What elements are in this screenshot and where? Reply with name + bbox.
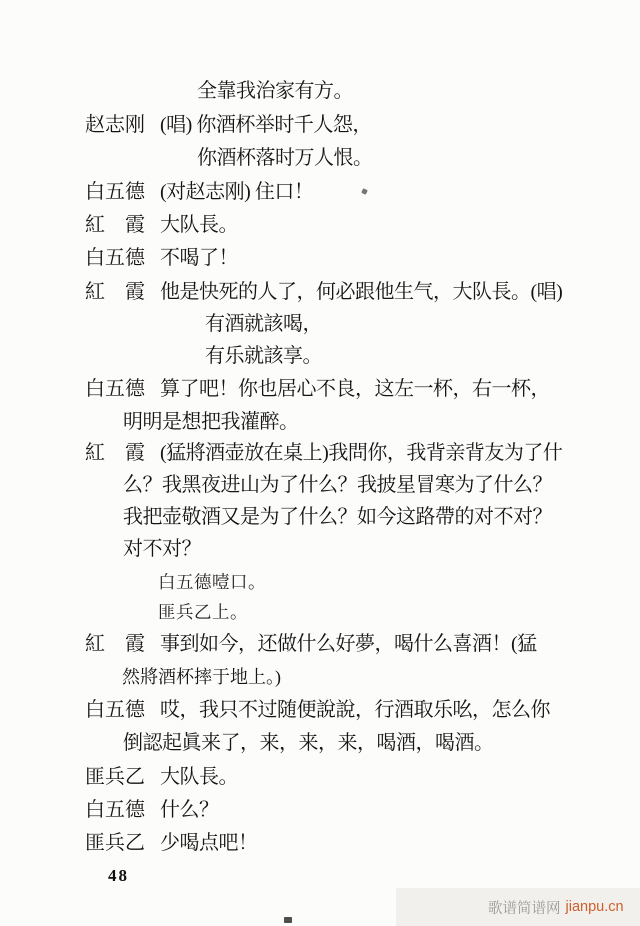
stage-direction-continuation: 然將酒杯摔于地上。)	[122, 666, 281, 689]
ink-speck	[361, 188, 368, 195]
speaker-name: 紅 霞	[85, 633, 145, 656]
script-line-verse: 有乐就該享。	[205, 345, 322, 368]
scanned-script-page: 全靠我治家有方。 赵志刚 (唱) 你酒杯举时千人怨， 你酒杯落时万人恨。 白五德…	[0, 0, 640, 926]
script-line-continuation: 对不对？	[123, 538, 201, 561]
script-line-verse: 全靠我治家有方。	[197, 80, 353, 103]
script-line: 白五德 哎，我只不过随便說說，行酒取乐吆，怎么你	[160, 699, 550, 722]
script-line-verse: 你酒杯落时万人恨。	[197, 147, 373, 170]
stage-direction: 白五德噎口。	[158, 571, 266, 594]
speaker-name: 白五德	[85, 378, 145, 401]
dialogue-text: 他是快死的人了，何必跟他生气，大队長。(唱)	[160, 281, 562, 303]
watermark: 歌谱简谱网 jianpu.cn	[396, 888, 640, 926]
script-line: 紅 霞 事到如今，还做什么好夢，喝什么喜酒！(猛	[160, 633, 537, 656]
speaker-name: 白五德	[85, 799, 145, 822]
dialogue-text: 大队長。	[160, 766, 238, 788]
dialogue-text: 哎，我只不过随便說說，行酒取乐吆，怎么你	[160, 699, 550, 721]
ink-speck	[284, 917, 292, 923]
script-line: 白五德 (对赵志刚) 住口！	[160, 181, 313, 204]
dialogue-text: 不喝了！	[160, 247, 238, 269]
watermark-site-url: jianpu.cn	[566, 899, 624, 915]
dialogue-text: (唱) 你酒杯举时千人怨，	[160, 114, 372, 136]
speaker-name: 紅 霞	[85, 442, 145, 465]
script-line: 白五德 什么？	[160, 799, 219, 822]
speaker-name: 匪兵乙	[85, 832, 145, 855]
speaker-name: 匪兵乙	[85, 766, 145, 789]
stage-direction: 匪兵乙上。	[158, 601, 248, 624]
page-number: 48	[108, 866, 129, 886]
speaker-name: 紅 霞	[85, 281, 145, 304]
script-line: 紅 霞 大队長。	[160, 214, 238, 237]
dialogue-text: 事到如今，还做什么好夢，喝什么喜酒！(猛	[160, 633, 537, 655]
watermark-site-name: 歌谱简谱网	[488, 897, 561, 918]
speaker-name: 赵志刚	[85, 114, 145, 137]
script-line: 紅 霞 (猛將酒壶放在桌上)我問你，我背亲背友为了什	[160, 442, 562, 465]
dialogue-text: (对赵志刚) 住口！	[160, 181, 313, 203]
script-line: 白五德 不喝了！	[160, 247, 238, 270]
speaker-name: 紅 霞	[85, 214, 145, 237]
script-line-verse: 有酒就該喝，	[205, 313, 322, 336]
script-line: 匪兵乙 少喝点吧！	[160, 832, 258, 855]
script-line-continuation: 么？我黑夜进山为了什么？我披星冒寒为了什么？	[123, 474, 552, 497]
dialogue-text: 什么？	[160, 799, 219, 821]
script-line-continuation: 明明是想把我灌醉。	[123, 411, 299, 434]
script-line-continuation: 我把壶敬酒又是为了什么？如今这路帶的对不对？	[123, 506, 552, 529]
speaker-name: 白五德	[85, 247, 145, 270]
dialogue-text: (猛將酒壶放在桌上)我問你，我背亲背友为了什	[160, 442, 562, 464]
dialogue-text: 大队長。	[160, 214, 238, 236]
dialogue-text: 算了吧！你也居心不良，这左一杯，右一杯，	[160, 378, 550, 400]
script-line: 白五德 算了吧！你也居心不良，这左一杯，右一杯，	[160, 378, 550, 401]
speaker-name: 白五德	[85, 181, 145, 204]
script-line-continuation: 倒認起眞来了，来，来，来，喝酒，喝酒。	[123, 732, 494, 755]
script-line: 赵志刚 (唱) 你酒杯举时千人怨，	[160, 114, 372, 137]
speaker-name: 白五德	[85, 699, 145, 722]
script-line: 紅 霞 他是快死的人了，何必跟他生气，大队長。(唱)	[160, 281, 562, 304]
dialogue-text: 少喝点吧！	[160, 832, 258, 854]
script-line: 匪兵乙 大队長。	[160, 766, 238, 789]
